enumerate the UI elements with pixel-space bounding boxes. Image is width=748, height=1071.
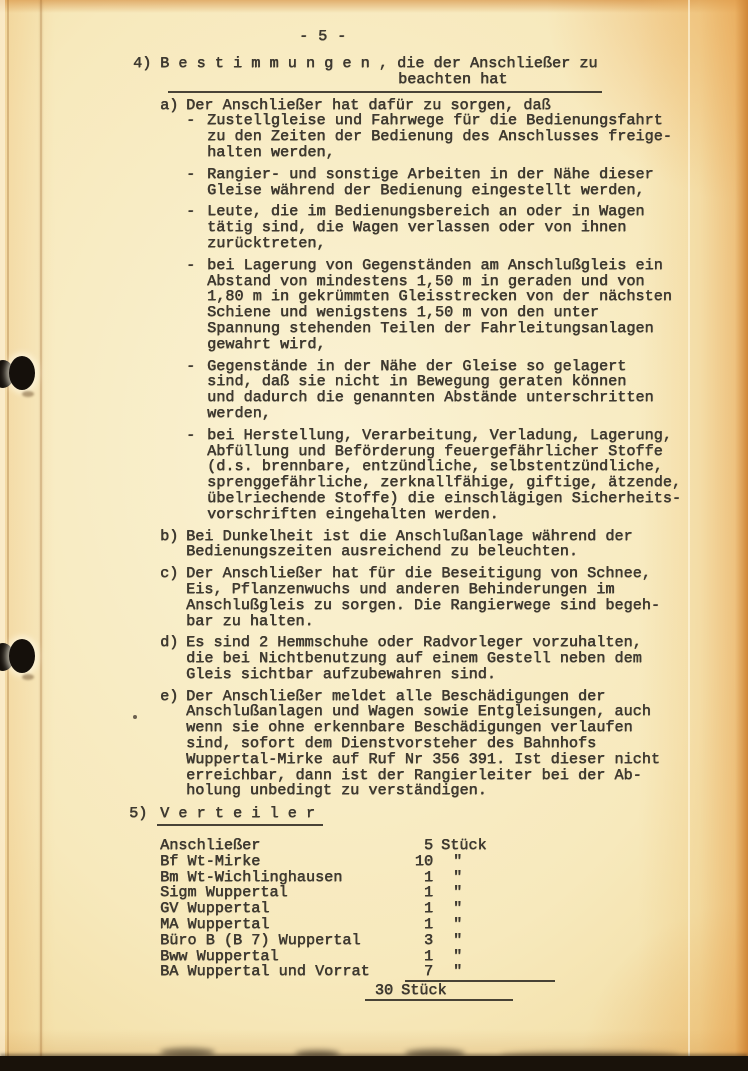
bullet-dash: - <box>186 113 195 129</box>
bullet-text: Rangier- und sonstige Arbeiten in der Nä… <box>207 167 690 199</box>
scan-edge-left <box>0 0 5 1071</box>
scan-bottom-edge <box>0 1056 748 1071</box>
bullet-text: Zustellgleise und Fahrwege für die Bedie… <box>207 113 690 160</box>
paper-fold-line <box>40 0 42 1071</box>
clause-a-bullets: - Zustellgleise und Fahrwege für die Bed… <box>186 113 690 522</box>
page-number: - 5 - <box>299 27 347 45</box>
paper-crease-left <box>7 0 9 1071</box>
bullet-text: Leute, die im Bedienungsbereich an oder … <box>207 204 690 251</box>
section4-heading: 4) B e s t i m m u n g e n , die der Ans… <box>160 56 690 88</box>
section4-number: 4) <box>133 56 151 72</box>
unit: " <box>433 964 462 980</box>
bullet-dash: - <box>186 204 195 220</box>
clause-b-label: b) <box>160 529 178 545</box>
bullet-item: - Zustellgleise und Fahrwege für die Bed… <box>186 113 690 160</box>
punch-hole-top <box>0 355 40 401</box>
bullet-dash: - <box>186 258 195 274</box>
clause-a-label: a) <box>160 98 178 114</box>
clause-d-label: d) <box>160 635 178 651</box>
count: 7 <box>405 964 433 980</box>
total-count: 30 <box>365 983 393 999</box>
clause-e-text: Der Anschließer meldet alle Beschädigung… <box>186 689 690 800</box>
section5: 5) V e r t e i l e r Anschließer 5 Stück… <box>160 806 690 1001</box>
section5-number: 5) <box>129 806 147 822</box>
bullet-item: - Gegenstände in der Nähe der Gleise so … <box>186 359 690 422</box>
clause-a: a) Der Anschließer hat dafür zu sorgen, … <box>160 98 690 523</box>
table-row: BA Wuppertal und Vorrat 7 " <box>160 964 690 980</box>
section5-title-underline <box>157 824 323 826</box>
section4-title-line2: beachten hat <box>398 72 690 88</box>
clause-b-text: Bei Dunkelheit ist die Anschlußanlage wä… <box>186 529 690 561</box>
clause-e: e) Der Anschließer meldet alle Beschädig… <box>160 689 690 800</box>
table-total: 30 Stück <box>405 980 555 1001</box>
bullet-dash: - <box>186 359 195 375</box>
section5-title: V e r t e i l e r <box>160 806 690 822</box>
clause-d-text: Es sind 2 Hemmschuhe oder Radvorleger vo… <box>186 635 690 682</box>
typed-content: 4) B e s t i m m u n g e n , die der Ans… <box>160 56 690 1001</box>
recipient: BA Wuppertal und Vorrat <box>160 964 405 980</box>
clause-c-label: c) <box>160 566 178 582</box>
clause-e-label: e) <box>160 689 178 705</box>
bullet-item: - bei Lagerung von Gegenständen am Ansch… <box>186 258 690 353</box>
scanned-document-page: - 5 - 4) B e s t i m m u n g e n , die d… <box>0 0 748 1071</box>
clause-c: c) Der Anschließer hat für die Beseitigu… <box>160 566 690 629</box>
clause-c-text: Der Anschließer hat für die Beseitigung … <box>186 566 690 629</box>
bullet-item: - Rangier- und sonstige Arbeiten in der … <box>186 167 690 199</box>
punch-hole-bottom <box>0 638 40 684</box>
bullet-item: - bei Herstellung, Verarbeitung, Verladu… <box>186 428 690 523</box>
bullet-text: bei Lagerung von Gegenständen am Anschlu… <box>207 258 690 353</box>
distribution-table: Anschließer 5 Stück Bf Wt-Mirke 10 " Bm … <box>160 838 690 1001</box>
bullet-text: Gegenstände in der Nähe der Gleise so ge… <box>207 359 690 422</box>
bullet-item: - Leute, die im Bedienungsbereich an ode… <box>186 204 690 251</box>
bullet-dash: - <box>186 428 195 444</box>
bullet-text: bei Herstellung, Verarbeitung, Verladung… <box>207 428 690 523</box>
section4-title-underline <box>168 91 602 93</box>
paper-speck <box>133 715 137 719</box>
clause-b: b) Bei Dunkelheit ist die Anschlußanlage… <box>160 529 690 561</box>
bullet-dash: - <box>186 167 195 183</box>
total-unit: Stück <box>393 983 447 999</box>
clause-d: d) Es sind 2 Hemmschuhe oder Radvorleger… <box>160 635 690 682</box>
